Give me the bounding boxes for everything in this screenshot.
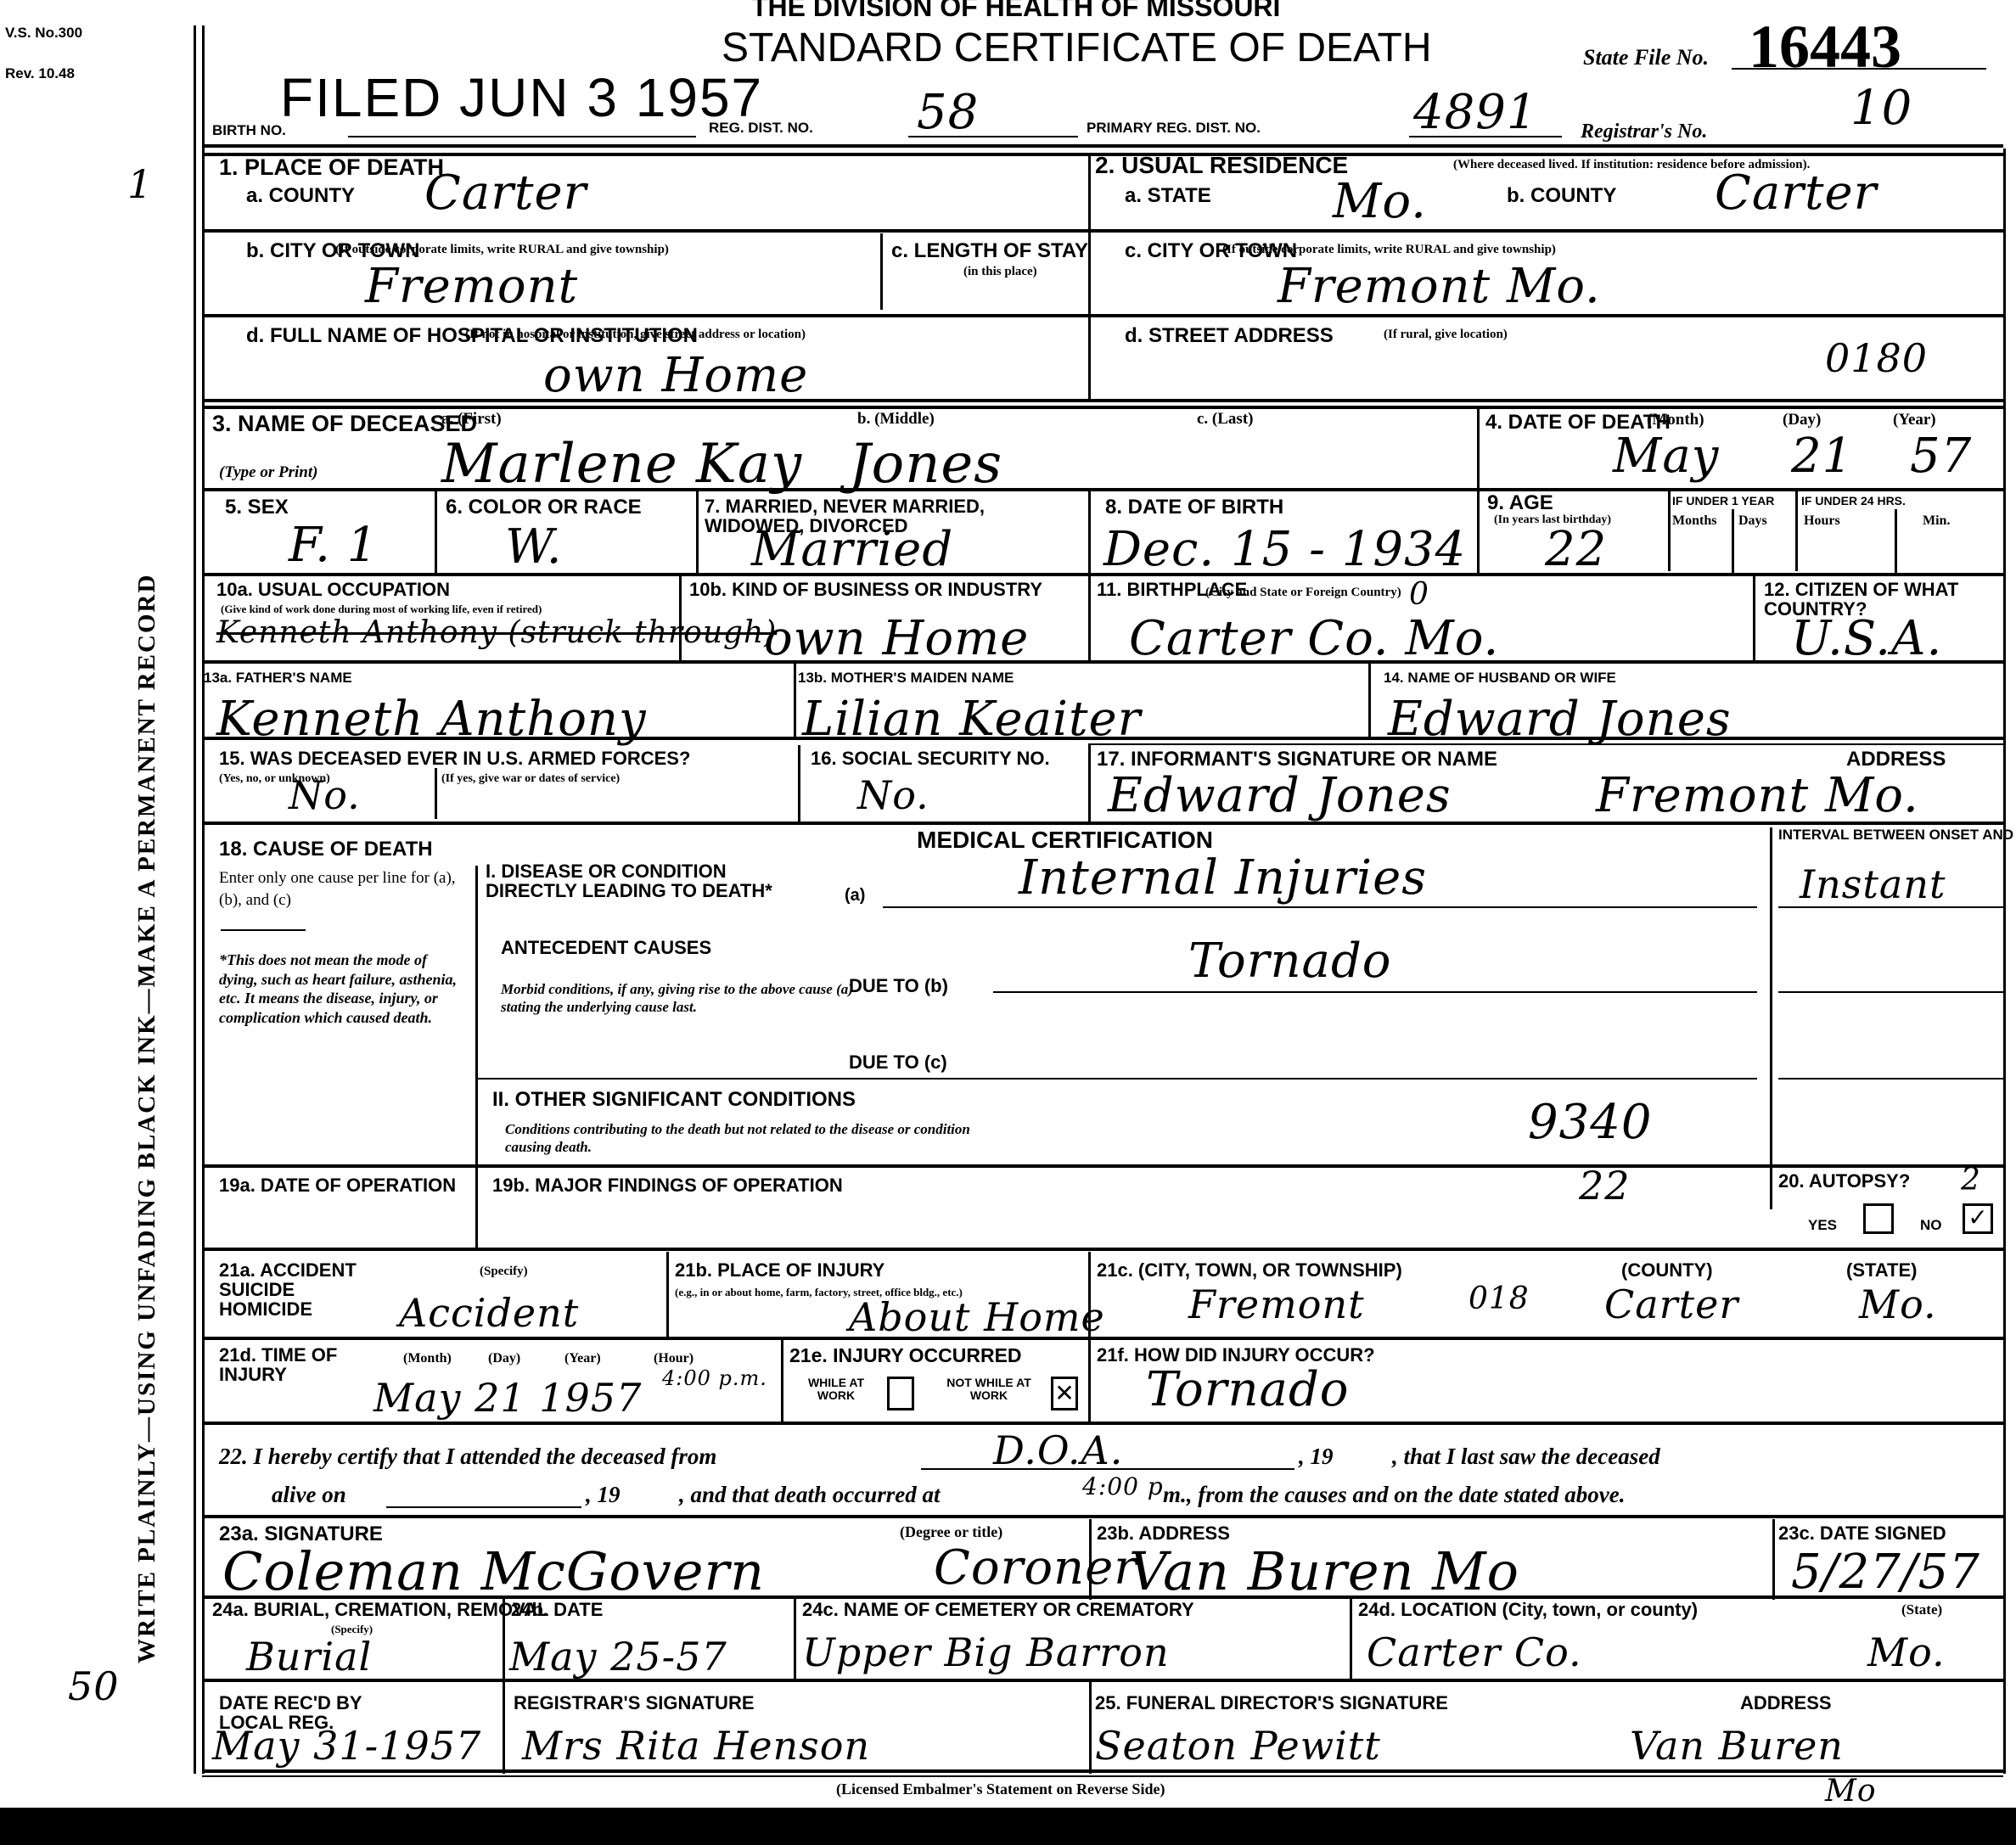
registrar-signature[interactable]: Mrs Rita Henson	[522, 1723, 870, 1769]
autopsy-yes-checkbox[interactable]	[1863, 1203, 1894, 1234]
certify-line1-b: , 19	[1299, 1443, 1334, 1472]
not-while-at-work-checkbox[interactable]: ✕	[1051, 1377, 1078, 1410]
degree-label: (Degree or title)	[900, 1523, 1002, 1541]
injury-state-label: (STATE)	[1846, 1260, 1918, 1280]
min-label: Min.	[1923, 513, 1950, 529]
autopsy-yes-label: YES	[1808, 1218, 1837, 1233]
cause-c-label: DUE TO (c)	[849, 1052, 947, 1072]
occupation[interactable]: Kenneth Anthony (struck through)	[216, 615, 777, 650]
border-left-inner	[202, 25, 205, 1774]
certify-line2-b: , 19	[586, 1481, 621, 1510]
armed-forces-service-note: (If yes, give war or dates of service)	[441, 772, 620, 786]
part2-note: Conditions contributing to the death but…	[505, 1120, 980, 1157]
interval[interactable]: Instant	[1800, 861, 1946, 907]
disposition-date[interactable]: May 25-57	[509, 1634, 727, 1680]
date-signed[interactable]: 5/27/57	[1791, 1545, 1980, 1600]
cause-a[interactable]: Internal Injuries	[1019, 850, 1427, 906]
margin-mark-bottom: 50	[68, 1663, 120, 1709]
code-9340: 9340	[1528, 1095, 1653, 1150]
res-state[interactable]: Mo.	[1333, 174, 1427, 229]
funeral-director-address[interactable]: Van Buren	[1630, 1723, 1844, 1769]
certify-line2-c: , and that death occurred at	[679, 1481, 941, 1510]
under-1-year-label: IF UNDER 1 YEAR	[1672, 495, 1774, 508]
certify-line2-d: m., from the causes and on the date stat…	[1163, 1481, 1625, 1510]
sex-label: 5. SEX	[225, 496, 289, 518]
ssn[interactable]: No.	[857, 772, 929, 818]
cemetery-label: 24c. NAME OF CEMETERY OR CREMATORY	[802, 1600, 1194, 1619]
injury-how[interactable]: Tornado	[1146, 1362, 1350, 1417]
funeral-director-label: 25. FUNERAL DIRECTOR'S SIGNATURE	[1095, 1693, 1448, 1713]
middle-name-label: b. (Middle)	[857, 410, 935, 429]
injury-type-note: (Specify)	[480, 1265, 528, 1279]
spouse-label: 14. NAME OF HUSBAND OR WIFE	[1384, 670, 1616, 686]
marital-status[interactable]: Married	[751, 522, 953, 577]
under-24-hours-label: IF UNDER 24 HRS.	[1801, 495, 1906, 508]
months-label: Months	[1672, 513, 1716, 529]
usual-residence-label: 2. USUAL RESIDENCE	[1095, 153, 1348, 177]
race[interactable]: W.	[505, 519, 563, 575]
funeral-director-signature[interactable]: Seaton Pewitt	[1095, 1723, 1381, 1769]
code-22: 22	[1579, 1163, 1631, 1209]
birthplace-note: (City and State or Foreign Country)	[1205, 586, 1401, 600]
injury-state[interactable]: Mo.	[1859, 1281, 1937, 1327]
cause-b[interactable]: Tornado	[1188, 934, 1392, 989]
injury-date[interactable]: May 21 1957	[373, 1375, 642, 1421]
informant-label: 17. INFORMANT'S SIGNATURE OR NAME	[1097, 749, 1497, 770]
death-city[interactable]: Fremont	[365, 259, 578, 314]
state-file-label: State File No.	[1583, 44, 1709, 72]
injury-hour-label: (Hour)	[654, 1351, 694, 1366]
primary-reg-dist-no[interactable]: 4891	[1413, 85, 1538, 140]
injury-county-label: (COUNTY)	[1621, 1260, 1713, 1280]
reg-dist-label: REG. DIST. NO.	[709, 121, 813, 136]
death-year[interactable]: 57	[1910, 429, 1972, 484]
res-county-label: b. COUNTY	[1507, 185, 1616, 206]
res-street-note: (If rural, give location)	[1384, 328, 1508, 342]
cemetery-state[interactable]: Mo.	[1867, 1629, 1946, 1675]
cemetery-location[interactable]: Carter Co.	[1367, 1629, 1582, 1675]
year-label: (Year)	[1893, 411, 1936, 429]
month-label: (Month)	[1647, 411, 1704, 429]
dob-label: 8. DATE OF BIRTH	[1105, 496, 1283, 518]
border-right	[2003, 149, 2006, 1774]
mother-label: 13b. MOTHER'S MAIDEN NAME	[798, 670, 1014, 686]
occupation-note: (Give kind of work done during most of w…	[221, 603, 542, 616]
certify-line2-a: alive on	[272, 1481, 346, 1510]
last-name-label: c. (Last)	[1197, 410, 1253, 429]
days-label: Days	[1738, 513, 1767, 529]
informant-address[interactable]: Fremont Mo.	[1596, 768, 1919, 823]
res-city[interactable]: Fremont Mo.	[1278, 259, 1601, 314]
margin-mark-top: 1	[127, 161, 153, 207]
injury-day-label: (Day)	[488, 1351, 520, 1366]
part1-label: I. DISEASE OR CONDITION DIRECTLY LEADING…	[486, 861, 808, 900]
name-label: 3. NAME OF DECEASED	[212, 412, 477, 435]
first-name-label: a. (First)	[441, 410, 502, 429]
margin-instruction: WRITE PLAINLY—USING UNFADING BLACK INK—M…	[134, 574, 160, 1663]
physician-title[interactable]: Coroner	[934, 1540, 1137, 1595]
border-left-outer	[194, 25, 196, 1774]
father-label: 13a. FATHER'S NAME	[204, 670, 352, 686]
birthplace[interactable]: Carter Co. Mo.	[1129, 611, 1499, 666]
injury-city[interactable]: Fremont	[1188, 1281, 1365, 1327]
certify-line1-a: 22. I hereby certify that I attended the…	[219, 1443, 716, 1472]
injury-year-label: (Year)	[564, 1351, 601, 1366]
filed-stamp: FILED JUN 3 1957	[280, 70, 763, 126]
date-signed-label: 23c. DATE SIGNED	[1778, 1523, 1946, 1543]
part2-label: II. OTHER SIGNIFICANT CONDITIONS	[492, 1089, 856, 1110]
certificate-title: STANDARD CERTIFICATE OF DEATH	[722, 27, 1431, 70]
hours-label: Hours	[1804, 513, 1840, 529]
autopsy-no-checkbox[interactable]: ✓	[1963, 1203, 1993, 1234]
injury-hour[interactable]: 4:00 p.m.	[662, 1366, 767, 1390]
cemetery-state-label: (State)	[1901, 1601, 1942, 1618]
form-revision: Rev. 10.48	[5, 66, 75, 81]
injury-time-label: 21d. TIME OF INJURY	[219, 1345, 338, 1384]
disposition-date-label: 24b. DATE	[511, 1600, 603, 1619]
cause-label: 18. CAUSE OF DEATH	[219, 838, 433, 860]
injury-code: 018	[1468, 1281, 1530, 1316]
injury-county[interactable]: Carter	[1604, 1281, 1738, 1327]
certify-line1-c: , that I last saw the deceased	[1392, 1443, 1660, 1472]
res-city-note: (If outside corporate limits, write RURA…	[1222, 243, 1556, 257]
death-county[interactable]: Carter	[424, 165, 587, 221]
ssn-label: 16. SOCIAL SECURITY NO.	[811, 749, 1050, 768]
armed-forces-label: 15. WAS DECEASED EVER IN U.S. ARMED FORC…	[219, 749, 690, 768]
agency-title: THE DIVISION OF HEALTH OF MISSOURI	[751, 0, 1280, 22]
op-date-label: 19a. DATE OF OPERATION	[219, 1175, 456, 1195]
business-label: 10b. KIND OF BUSINESS OR INDUSTRY	[689, 580, 1042, 599]
armed-forces[interactable]: No.	[289, 772, 361, 818]
cemetery-location-label: 24d. LOCATION (City, town, or county)	[1358, 1600, 1698, 1619]
physician-address[interactable]: Van Buren Mo	[1129, 1540, 1519, 1602]
cause-a-label: (a)	[845, 887, 865, 905]
res-street-label: d. STREET ADDRESS	[1125, 325, 1334, 346]
hospital-name[interactable]: own Home	[543, 348, 808, 403]
death-county-label: a. COUNTY	[246, 185, 355, 206]
race-label: 6. COLOR OR RACE	[446, 496, 642, 518]
injury-place-label: 21b. PLACE OF INJURY	[675, 1260, 884, 1280]
res-county[interactable]: Carter	[1715, 165, 1877, 221]
name-note: (Type or Print)	[219, 463, 317, 483]
length-of-stay-label: c. LENGTH OF STAY	[891, 240, 1088, 261]
death-certificate: V.S. No.300 Rev. 10.48 1 WRITE PLAINLY—U…	[0, 0, 2016, 1808]
informant-name[interactable]: Edward Jones	[1108, 768, 1452, 823]
injury-month-label: (Month)	[403, 1351, 452, 1366]
age-label: 9. AGE	[1487, 492, 1553, 513]
interval-label: INTERVAL BETWEEN ONSET AND DEATH	[1778, 827, 2016, 843]
primary-reg-dist-label: PRIMARY REG. DIST. NO.	[1087, 121, 1261, 136]
funeral-address-label: ADDRESS	[1740, 1693, 1832, 1713]
while-at-work-label: WHILE AT WORK	[789, 1377, 883, 1401]
injury-city-label: 21c. (CITY, TOWN, OR TOWNSHIP)	[1097, 1260, 1402, 1280]
funeral-address-state: Mo	[1825, 1774, 1877, 1809]
registrar-signature-label: REGISTRAR'S SIGNATURE	[514, 1693, 755, 1713]
citizenship[interactable]: U.S.A.	[1791, 611, 1942, 666]
res-state-label: a. STATE	[1125, 185, 1211, 206]
first-name[interactable]: Marlene	[441, 433, 678, 496]
cause-b-label: DUE TO (b)	[849, 976, 948, 995]
birth-no-label: BIRTH NO.	[212, 123, 286, 138]
medical-heading: MEDICAL CERTIFICATION	[917, 827, 1213, 852]
death-month[interactable]: May	[1613, 429, 1719, 484]
cause-instruction: Enter only one cause per line for (a), (…	[219, 867, 465, 911]
age[interactable]: 22	[1545, 522, 1607, 577]
day-label: (Day)	[1783, 411, 1821, 429]
cemetery-name[interactable]: Upper Big Barron	[802, 1629, 1170, 1675]
last-name[interactable]: Jones	[849, 433, 1002, 496]
business[interactable]: own Home	[764, 611, 1029, 666]
injury-type[interactable]: Accident	[399, 1290, 579, 1336]
sex[interactable]: F. 1	[289, 518, 378, 573]
injury-occurred-label: 21e. INJURY OCCURRED	[789, 1345, 1022, 1366]
death-time[interactable]: 4:00 p	[1082, 1472, 1164, 1500]
date-received[interactable]: May 31-1957	[212, 1723, 481, 1769]
injury-type-label: 21a. ACCIDENT SUICIDE HOMICIDE	[219, 1260, 372, 1319]
autopsy-no-label: NO	[1920, 1218, 1942, 1233]
length-of-stay-note: (in this place)	[963, 265, 1037, 279]
autopsy-mark: 2	[1961, 1163, 1981, 1197]
occupation-label: 10a. USUAL OCCUPATION	[216, 580, 450, 599]
disposition-method[interactable]: Burial	[246, 1634, 372, 1680]
while-at-work-checkbox[interactable]	[887, 1377, 914, 1410]
antecedent-label: ANTECEDENT CAUSES	[501, 938, 711, 957]
hospital-note: (If not in hospital or institution, give…	[465, 328, 806, 342]
registrars-no-label: Registrar's No.	[1581, 119, 1707, 144]
birthplace-code: 0	[1409, 577, 1429, 612]
informant-address-label: ADDRESS	[1846, 749, 1946, 770]
antecedent-note: Morbid conditions, if any, giving rise t…	[501, 980, 857, 1017]
autopsy-label: 20. AUTOPSY?	[1778, 1171, 1910, 1191]
op-findings-label: 19b. MAJOR FINDINGS OF OPERATION	[492, 1175, 843, 1195]
death-city-note: (If outside corporate limits, write RURA…	[335, 243, 669, 257]
not-while-at-work-label: NOT WHILE AT WORK	[929, 1377, 1048, 1401]
injury-place[interactable]: About Home	[849, 1294, 1105, 1340]
place-of-death-label: 1. PLACE OF DEATH	[219, 155, 444, 179]
form-number: V.S. No.300	[5, 25, 82, 41]
middle-name[interactable]: Kay	[696, 433, 802, 496]
res-street-code[interactable]: 0180	[1825, 335, 1928, 381]
death-day[interactable]: 21	[1791, 429, 1853, 484]
state-file-number: 16443	[1749, 15, 1901, 80]
registrars-no[interactable]: 10	[1850, 81, 1912, 136]
embalmer-footer: (Licensed Embalmer's Statement on Revers…	[836, 1781, 1165, 1798]
physician-signature[interactable]: Coleman McGovern	[222, 1540, 765, 1602]
cause-footnote: *This does not mean the mode of dying, s…	[219, 951, 465, 1027]
date-of-birth[interactable]: Dec. 15 - 1934	[1103, 522, 1466, 577]
attended-from[interactable]: D.O.A.	[993, 1427, 1123, 1473]
disposition-method-label: 24a. BURIAL, CREMATION, REMOVAL	[212, 1600, 548, 1619]
reg-dist-no[interactable]: 58	[917, 85, 979, 140]
